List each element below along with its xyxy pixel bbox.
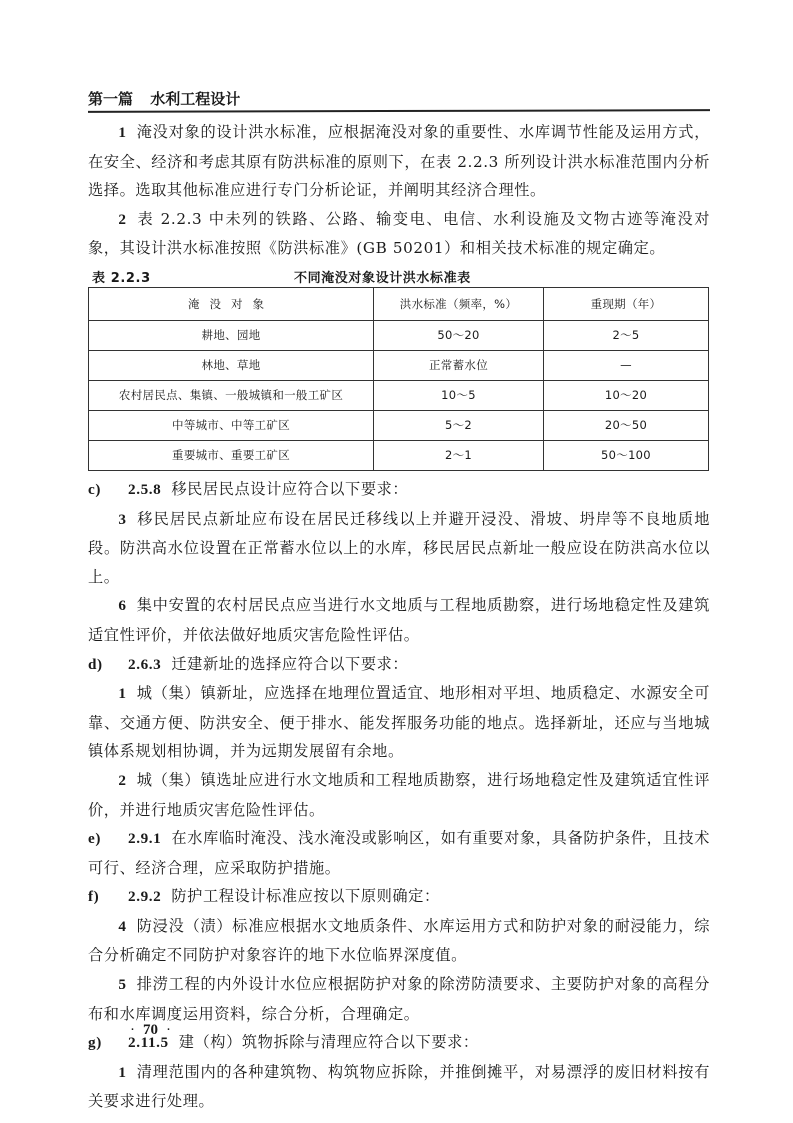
item-number: 1 [118,124,126,141]
item-number: 6 [118,597,126,614]
table-title: 不同淹没对象设计洪水标准表 [294,265,471,294]
item-text: 城（集）镇选址应进行水文地质和工程地质勘察，进行场地稳定性及建筑适宜性评价，并进… [88,771,710,819]
bullet-right: · [166,1022,171,1038]
item-number: 1 [118,685,126,702]
item-number: 3 [118,511,126,528]
clause-title: 在水库临时淹没、浅水淹没或影响区，如有重要对象，具备防护条件，且技术可行、经济合… [88,829,710,877]
body-text: 1淹没对象的设计洪水标准，应根据淹没对象的重要性、水库调节性能及运用方式，在安全… [88,118,710,1116]
clause-title: 移民居民点设计应符合以下要求： [171,480,408,498]
table-row: 农村居民点、集镇、一般城镇和一般工矿区 10～5 10～20 [89,380,709,410]
document-page: 第一篇 水利工程设计 1淹没对象的设计洪水标准，应根据淹没对象的重要性、水库调节… [0,0,793,1123]
clause-heading: e)2.9.1在水库临时淹没、浅水淹没或影响区，如有重要对象，具备防护条件，且技… [88,824,710,882]
table-cell: 10～5 [374,380,544,410]
item-text: 移民居民点新址应布设在居民迁移线以上并避开浸没、滑坡、坍岸等不良地质地段。防洪高… [88,510,710,586]
column-header: 重现期（年） [543,287,708,320]
item-text: 集中安置的农村居民点应当进行水文地质与工程地质勘察，进行场地稳定性及建筑适宜性评… [88,596,710,644]
item-number: 1 [118,1064,126,1081]
table-row: 耕地、园地 50～20 2～5 [89,320,709,350]
table-cell: 2～5 [543,320,708,350]
table-cell: 5～2 [374,410,544,440]
table-cell: 50～20 [374,320,544,350]
page-footer: ·70· [122,1022,179,1039]
table-caption: 表 2.2.3 不同淹没对象设计洪水标准表 [88,265,710,287]
table-cell: 正常蓄水位 [374,350,544,380]
table-cell: 农村居民点、集镇、一般城镇和一般工矿区 [89,380,374,410]
clause-code: 2.9.2 [128,888,161,905]
paragraph-text: 淹没对象的设计洪水标准，应根据淹没对象的重要性、水库调节性能及运用方式，在安全、… [88,123,710,199]
item-number: 2 [118,211,126,228]
clause-item: 1清理范围内的各种建筑物、构筑物应拆除，并推倒摊平，对易漂浮的废旧材料按有关要求… [88,1058,710,1116]
header-title: 水利工程设计 [150,90,240,108]
table-row: 重要城市、重要工矿区 2～1 50～100 [89,440,709,470]
table-cell: 重要城市、重要工矿区 [89,440,374,470]
paragraph-text: 表 2.2.3 中未列的铁路、公路、输变电、电信、水利设施及文物古迹等淹没对象，… [88,210,710,258]
table-cell: 2～1 [374,440,544,470]
clause-letter: e) [88,825,128,854]
clause-item: 2城（集）镇选址应进行水文地质和工程地质勘察，进行场地稳定性及建筑适宜性评价，并… [88,766,710,824]
table-cell: — [543,350,708,380]
clause-letter: f) [88,883,128,912]
table-cell: 林地、草地 [89,350,374,380]
paragraph: 2表 2.2.3 中未列的铁路、公路、输变电、电信、水利设施及文物古迹等淹没对象… [88,205,710,263]
clause-title: 防护工程设计标准应按以下原则确定： [171,887,439,905]
item-text: 清理范围内的各种建筑物、构筑物应拆除，并推倒摊平，对易漂浮的废旧材料按有关要求进… [88,1063,710,1111]
item-text: 城（集）镇新址，应选择在地理位置适宜、地形相对平坦、地质稳定、水源安全可靠、交通… [88,684,710,760]
paragraph: 1淹没对象的设计洪水标准，应根据淹没对象的重要性、水库调节性能及运用方式，在安全… [88,118,710,205]
table-cell: 中等城市、中等工矿区 [89,410,374,440]
item-number: 4 [118,918,126,935]
header-part: 第一篇 [88,90,133,108]
clause-heading: g)2.11.5建（构）筑物拆除与清理应符合以下要求： [88,1028,710,1058]
table-row: 中等城市、中等工矿区 5～2 20～50 [89,410,709,440]
clause-title: 迁建新址的选择应符合以下要求： [171,655,408,673]
clause-letter: d) [88,651,128,680]
clause-code: 2.9.1 [128,830,161,847]
bullet-left: · [130,1022,135,1038]
clause-item: 6集中安置的农村居民点应当进行水文地质与工程地质勘察，进行场地稳定性及建筑适宜性… [88,591,710,649]
clause-heading: c)2.5.8移民居民点设计应符合以下要求： [88,475,710,505]
clause-code: 2.5.8 [128,481,161,498]
clause-item: 5排涝工程的内外设计水位应根据防护对象的除涝防渍要求、主要防护对象的高程分布和水… [88,970,710,1028]
table-row: 林地、草地 正常蓄水位 — [89,350,709,380]
page-number: 70 [143,1022,158,1038]
item-number: 5 [118,976,126,993]
header-rule [88,109,710,113]
item-text: 防浸没（渍）标准应根据水文地质条件、水库运用方式和防护对象的耐浸能力，综合分析确… [88,917,710,965]
clause-letter: c) [88,476,128,505]
table-cell: 50～100 [543,440,708,470]
clause-heading: f)2.9.2防护工程设计标准应按以下原则确定： [88,882,710,912]
item-text: 排涝工程的内外设计水位应根据防护对象的除涝防渍要求、主要防护对象的高程分布和水库… [88,975,710,1023]
clause-item: 3移民居民点新址应布设在居民迁移线以上并避开浸没、滑坡、坍岸等不良地质地段。防洪… [88,505,710,592]
table-cell: 10～20 [543,380,708,410]
clause-title: 建（构）筑物拆除与清理应符合以下要求： [179,1033,479,1051]
clause-item: 1城（集）镇新址，应选择在地理位置适宜、地形相对平坦、地质稳定、水源安全可靠、交… [88,679,710,766]
item-number: 2 [118,772,126,789]
table-cell: 耕地、园地 [89,320,374,350]
clause-code: 2.6.3 [128,656,161,673]
running-header: 第一篇 水利工程设计 [88,88,708,109]
flood-standard-table: 淹没对象 洪水标准（频率，%） 重现期（年） 耕地、园地 50～20 2～5 林… [88,287,709,471]
clause-item: 4防浸没（渍）标准应根据水文地质条件、水库运用方式和防护对象的耐浸能力，综合分析… [88,912,710,970]
table-cell: 20～50 [543,410,708,440]
clause-heading: d)2.6.3迁建新址的选择应符合以下要求： [88,650,710,680]
table-number: 表 2.2.3 [92,265,151,294]
